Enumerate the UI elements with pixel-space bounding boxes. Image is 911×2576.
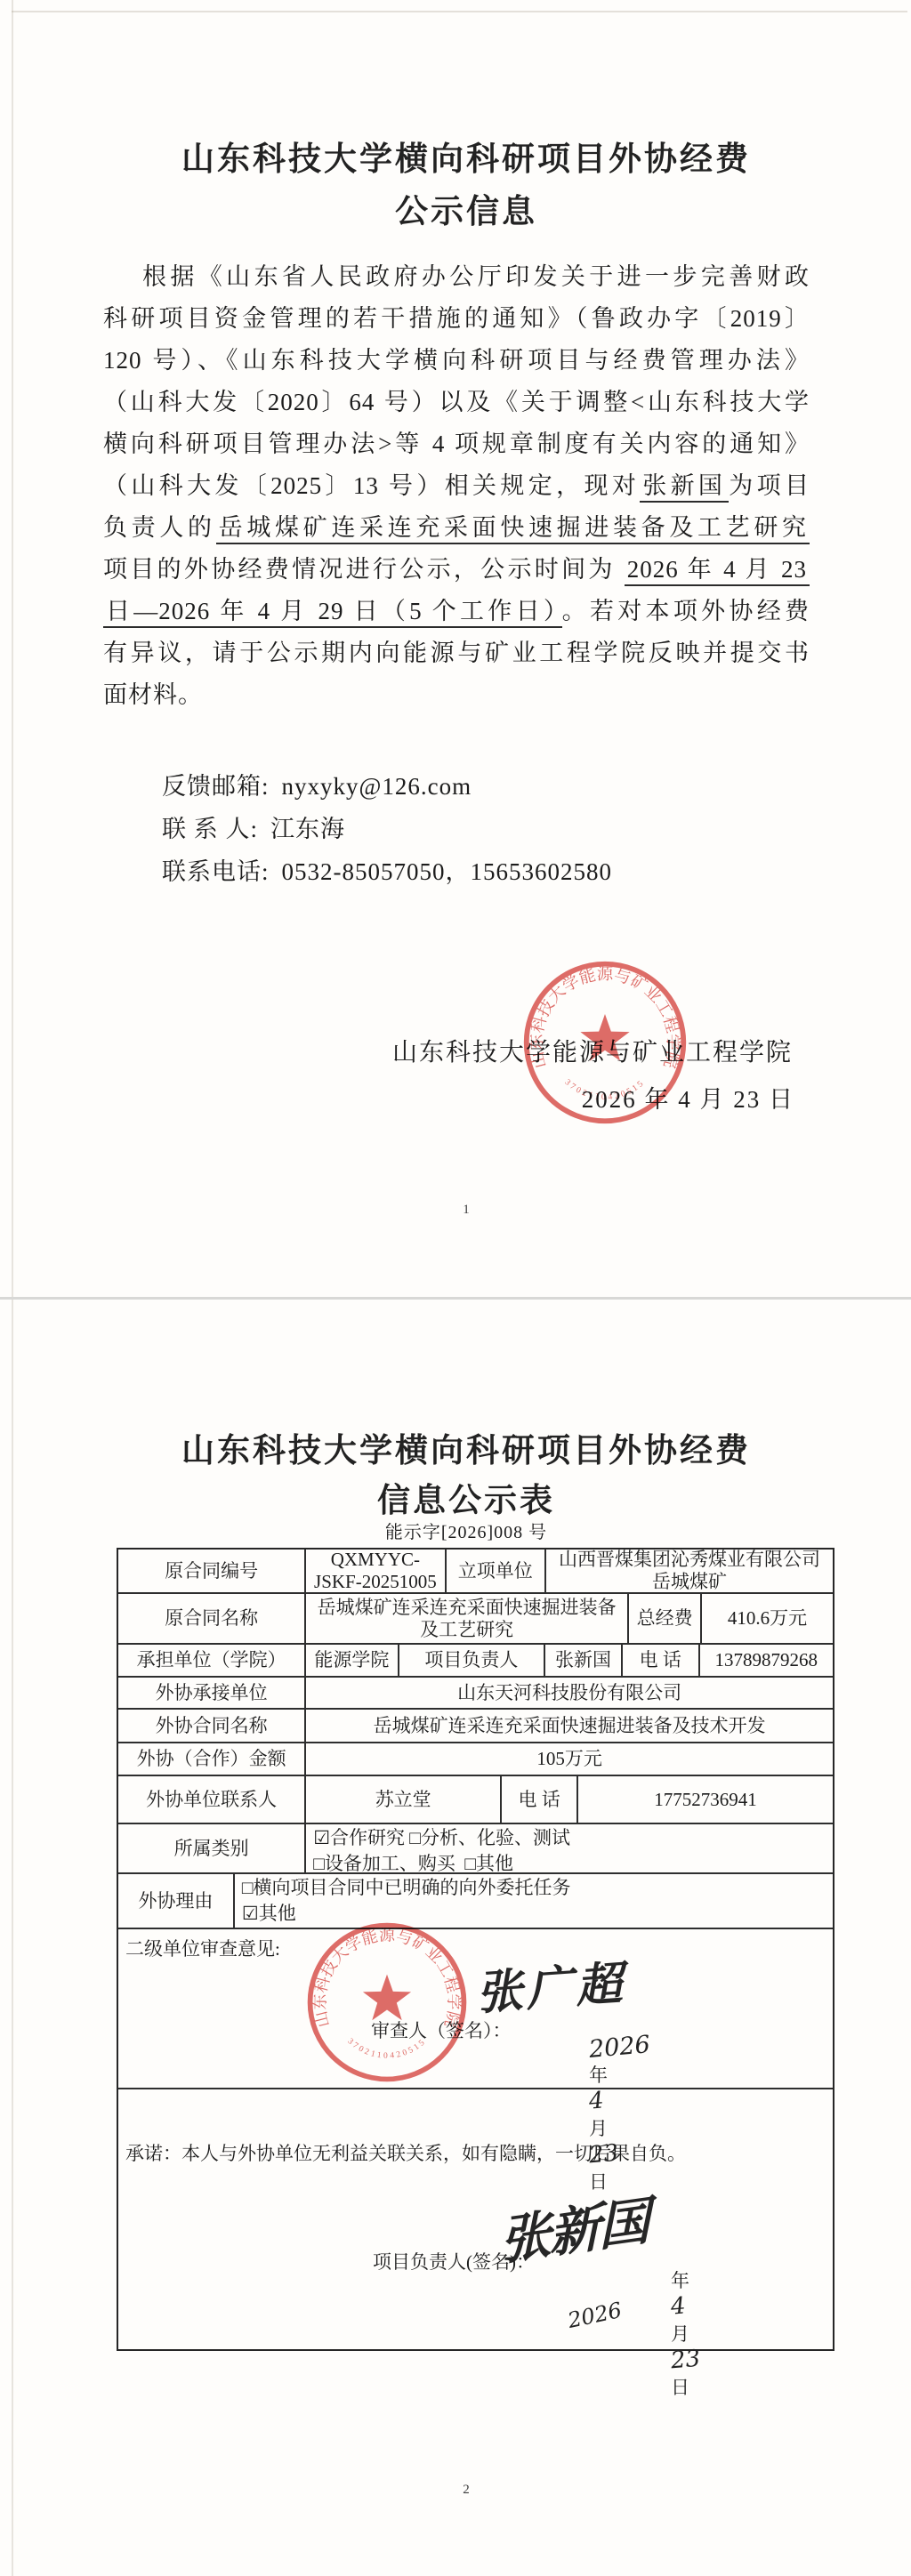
table-row: 外协理由 □横向项目合同中已明确的向外委托任务 ☑其他	[118, 1874, 833, 1929]
table-row: 外协承接单位 山东天河科技股份有限公司	[118, 1678, 833, 1710]
cell-total-fund-value: 410.6万元	[702, 1594, 833, 1643]
contact-phone-value: 0532-85057050，15653602580	[282, 858, 613, 885]
page1-title-line2: 公示信息	[25, 184, 907, 232]
contact-phone-label: 联系电话:	[162, 858, 270, 885]
paragraph-line: 负责人的岳城煤矿连采连充采面快速掘进装备及工艺研究	[103, 507, 810, 549]
page2-title-line1: 山东科技大学横向科研项目外协经费	[25, 1423, 907, 1471]
cell-undertaking-unit-label: 承担单位（学院）	[118, 1645, 306, 1676]
cell-outsourcing-amount-label: 外协（合作）金额	[118, 1743, 306, 1775]
text-segment: 。若对本项外协经费	[562, 598, 810, 624]
review-opinion-cell: 二级单位审查意见: 张广超 审查人（签名）： 2026 年 4 月 23 日	[118, 1929, 833, 2088]
cell-undertaking-unit-value: 能源学院	[306, 1645, 399, 1676]
review-opinion-label: 二级单位审查意见:	[125, 1935, 280, 1961]
cell-outsourcing-phone-value: 17752736941	[578, 1776, 833, 1823]
paragraph-line: 日—2026 年 4 月 29 日（5 个工作日）。若对本项外协经费	[103, 591, 810, 632]
cell-original-contract-no-value: QXMYYC-JSKF-20251005	[306, 1550, 446, 1592]
seal-code-text: 3702110420515	[345, 2037, 428, 2061]
reason-option-line: ☑其他	[242, 1901, 296, 1927]
underlined-date-end: 日—2026 年 4 月 29 日（5 个工作日）	[103, 598, 562, 628]
official-seal-stamp-icon: 山东科技大学能源与矿业工程学院 3702110420515	[519, 956, 691, 1129]
paragraph-line: 面材料。	[103, 674, 810, 716]
table-row: 所属类别 ☑合作研究 □分析、化验、测试 □设备加工、购买 □其他	[118, 1824, 833, 1874]
promise-statement: 承诺：本人与外协单位无利益关联关系，如有隐瞒，一切后果自负。	[125, 2139, 686, 2166]
text-segment: 为项目	[729, 472, 810, 499]
text-segment: 科研项目资金管理的若干措施的通知》（鲁政办字〔2019〕	[103, 305, 810, 332]
cell-outsourcing-contact-label: 外协单位联系人	[118, 1776, 306, 1823]
page-1: 山东科技大学横向科研项目外协经费 公示信息 根据《山东省人民政府办公厅印发关于进…	[0, 0, 911, 1297]
page-number-1: 1	[0, 1203, 911, 1218]
underlined-project-name: 岳城煤矿连采连充采面快速掘进装备及工艺研究	[216, 514, 810, 544]
text-segment: （山科大发〔2020〕64 号）以及《关于调整<山东科技大学	[103, 389, 810, 415]
cell-outsourcing-contract-label: 外协合同名称	[118, 1710, 306, 1742]
page2-title-line2: 信息公示表	[25, 1473, 907, 1521]
underlined-project-leader: 张新国	[640, 472, 729, 503]
table-row: 原合同编号 QXMYYC-JSKF-20251005 立项单位 山西晋煤集团沁秀…	[118, 1550, 833, 1594]
seal-star-icon	[580, 1014, 629, 1061]
paragraph-line: （山科大发〔2025〕13 号）相关规定，现对张新国为项目	[103, 465, 810, 507]
text-segment: 有异议，请于公示期内向能源与矿业工程学院反映并提交书	[103, 640, 810, 666]
text-segment: 负责人的	[103, 514, 216, 541]
cell-outsourcing-phone-label: 电 话	[502, 1776, 578, 1823]
paragraph-line: 项目的外协经费情况进行公示，公示时间为 2026 年 4 月 23	[103, 549, 810, 591]
text-segment: 项目的外协经费情况进行公示，公示时间为	[103, 556, 625, 583]
table-row: 外协单位联系人 苏立堂 电 话 17752736941	[118, 1776, 833, 1824]
project-leader-date: 年 4 月 23 日	[615, 2244, 700, 2422]
date-sep: 日	[671, 2377, 689, 2398]
info-table: 原合同编号 QXMYYC-JSKF-20251005 立项单位 山西晋煤集团沁秀…	[117, 1548, 834, 2351]
text-segment: 横向科研项目管理办法>等 4 项规章制度有关内容的通知》	[103, 431, 810, 457]
cell-original-contract-no-label: 原合同编号	[118, 1550, 306, 1592]
cell-outsourcing-unit-label: 外协承接单位	[118, 1678, 306, 1708]
page-2: 山东科技大学横向科研项目外协经费 信息公示表 能示字[2026]008 号 原合…	[0, 1298, 911, 2576]
date-sep: 年	[589, 2065, 608, 2086]
text-segment: 根据《山东省人民政府办公厅印发关于进一步完善财政	[142, 263, 810, 290]
contact-person-label: 联 系 人:	[162, 816, 258, 842]
contact-block: 反馈邮箱:nyxyky@126.com 联 系 人:江东海 联系电话:0532-…	[162, 765, 612, 893]
reason-option-line: □横向项目合同中已明确的向外委托任务	[242, 1875, 571, 1901]
document-number: 能示字[2026]008 号	[25, 1517, 907, 1543]
paragraph-line: 横向科研项目管理办法>等 4 项规章制度有关内容的通知》	[103, 423, 810, 465]
table-row: 承担单位（学院） 能源学院 项目负责人 张新国 电 话 13789879268	[118, 1645, 833, 1678]
table-row: 原合同名称 岳城煤矿连采连充采面快速掘进装备及工艺研究 总经费 410.6万元	[118, 1594, 833, 1645]
official-seal-stamp-icon: 山东科技大学能源与矿业工程学院 3702110420515	[302, 1918, 472, 2087]
paragraph-line: 有异议，请于公示期内向能源与矿业工程学院反映并提交书	[103, 632, 810, 674]
feedback-email-row: 反馈邮箱:nyxyky@126.com	[162, 765, 612, 808]
cell-leader-phone-value: 13789879268	[700, 1645, 833, 1676]
cell-leader-phone-label: 电 话	[623, 1645, 700, 1676]
cell-category-options: ☑合作研究 □分析、化验、测试 □设备加工、购买 □其他	[306, 1824, 833, 1872]
seal-code-text: 3702110420515	[563, 1077, 648, 1102]
promise-cell: 承诺：本人与外协单位无利益关联关系，如有隐瞒，一切后果自负。 项目负责人(签名)…	[118, 2089, 833, 2349]
page1-title-line1: 山东科技大学横向科研项目外协经费	[25, 132, 907, 180]
cell-category-label: 所属类别	[118, 1824, 306, 1872]
cell-total-fund-label: 总经费	[629, 1594, 702, 1643]
cell-contract-name-label: 原合同名称	[118, 1594, 306, 1643]
contact-phone-row: 联系电话:0532-85057050，15653602580	[162, 850, 612, 893]
date-sep: 年	[671, 2270, 689, 2291]
table-row: 外协（合作）金额 105万元	[118, 1743, 833, 1776]
leader-date-day-handwriting: 23	[670, 2346, 702, 2375]
underlined-date-start: 2026 年 4 月 23	[625, 556, 810, 586]
scanned-document: 山东科技大学横向科研项目外协经费 公示信息 根据《山东省人民政府办公厅印发关于进…	[0, 0, 911, 2576]
announcement-paragraph: 根据《山东省人民政府办公厅印发关于进一步完善财政 科研项目资金管理的若干措施的通…	[103, 256, 810, 716]
page-number-2: 2	[0, 2483, 911, 2498]
table-row-review: 二级单位审查意见: 张广超 审查人（签名）： 2026 年 4 月 23 日	[118, 1929, 833, 2089]
paragraph-line: 根据《山东省人民政府办公厅印发关于进一步完善财政	[103, 256, 810, 298]
seal-star-icon	[363, 1975, 411, 2021]
cell-contract-name-value: 岳城煤矿连采连充采面快速掘进装备及工艺研究	[306, 1594, 629, 1643]
leader-date-month-handwriting: 4	[670, 2292, 687, 2320]
contact-person-row: 联 系 人:江东海	[162, 808, 612, 850]
paragraph-line: 科研项目资金管理的若干措施的通知》（鲁政办字〔2019〕	[103, 298, 810, 340]
category-option-line: □设备加工、购买 □其他	[313, 1851, 513, 1872]
cell-outsourcing-unit-value: 山东天河科技股份有限公司	[306, 1678, 833, 1708]
cell-project-leader-label: 项目负责人	[399, 1645, 546, 1676]
cell-client-unit-value: 山西晋煤集团沁秀煤业有限公司岳城煤矿	[546, 1550, 833, 1592]
table-row-promise: 承诺：本人与外协单位无利益关联关系，如有隐瞒，一切后果自负。 项目负责人(签名)…	[118, 2089, 833, 2349]
text-segment: 120 号）、《山东科技大学横向科研项目与经费管理办法》	[103, 347, 810, 374]
cell-outsourcing-contact-value: 苏立堂	[306, 1776, 502, 1823]
cell-project-leader-value: 张新国	[545, 1645, 623, 1676]
cell-client-unit-label: 立项单位	[447, 1550, 546, 1592]
cell-outsourcing-amount-value: 105万元	[306, 1743, 833, 1775]
category-option-line: ☑合作研究 □分析、化验、测试	[313, 1825, 570, 1851]
reviewer-date-year-handwriting: 2026	[588, 2031, 651, 2064]
text-segment: 面材料。	[103, 681, 203, 708]
feedback-email-value: nyxyky@126.com	[282, 773, 472, 800]
feedback-email-label: 反馈邮箱:	[162, 773, 270, 800]
cell-reason-label: 外协理由	[118, 1874, 235, 1928]
cell-outsourcing-contract-value: 岳城煤矿连采连充采面快速掘进装备及技术开发	[306, 1710, 833, 1742]
date-sep: 月	[671, 2323, 689, 2345]
paragraph-line: （山科大发〔2020〕64 号）以及《关于调整<山东科技大学	[103, 382, 810, 423]
paragraph-line: 120 号）、《山东科技大学横向科研项目与经费管理办法》	[103, 340, 810, 382]
contact-person-value: 江东海	[270, 816, 345, 842]
text-segment: （山科大发〔2025〕13 号）相关规定，现对	[103, 472, 640, 499]
table-row: 外协合同名称 岳城煤矿连采连充采面快速掘进装备及技术开发	[118, 1710, 833, 1743]
